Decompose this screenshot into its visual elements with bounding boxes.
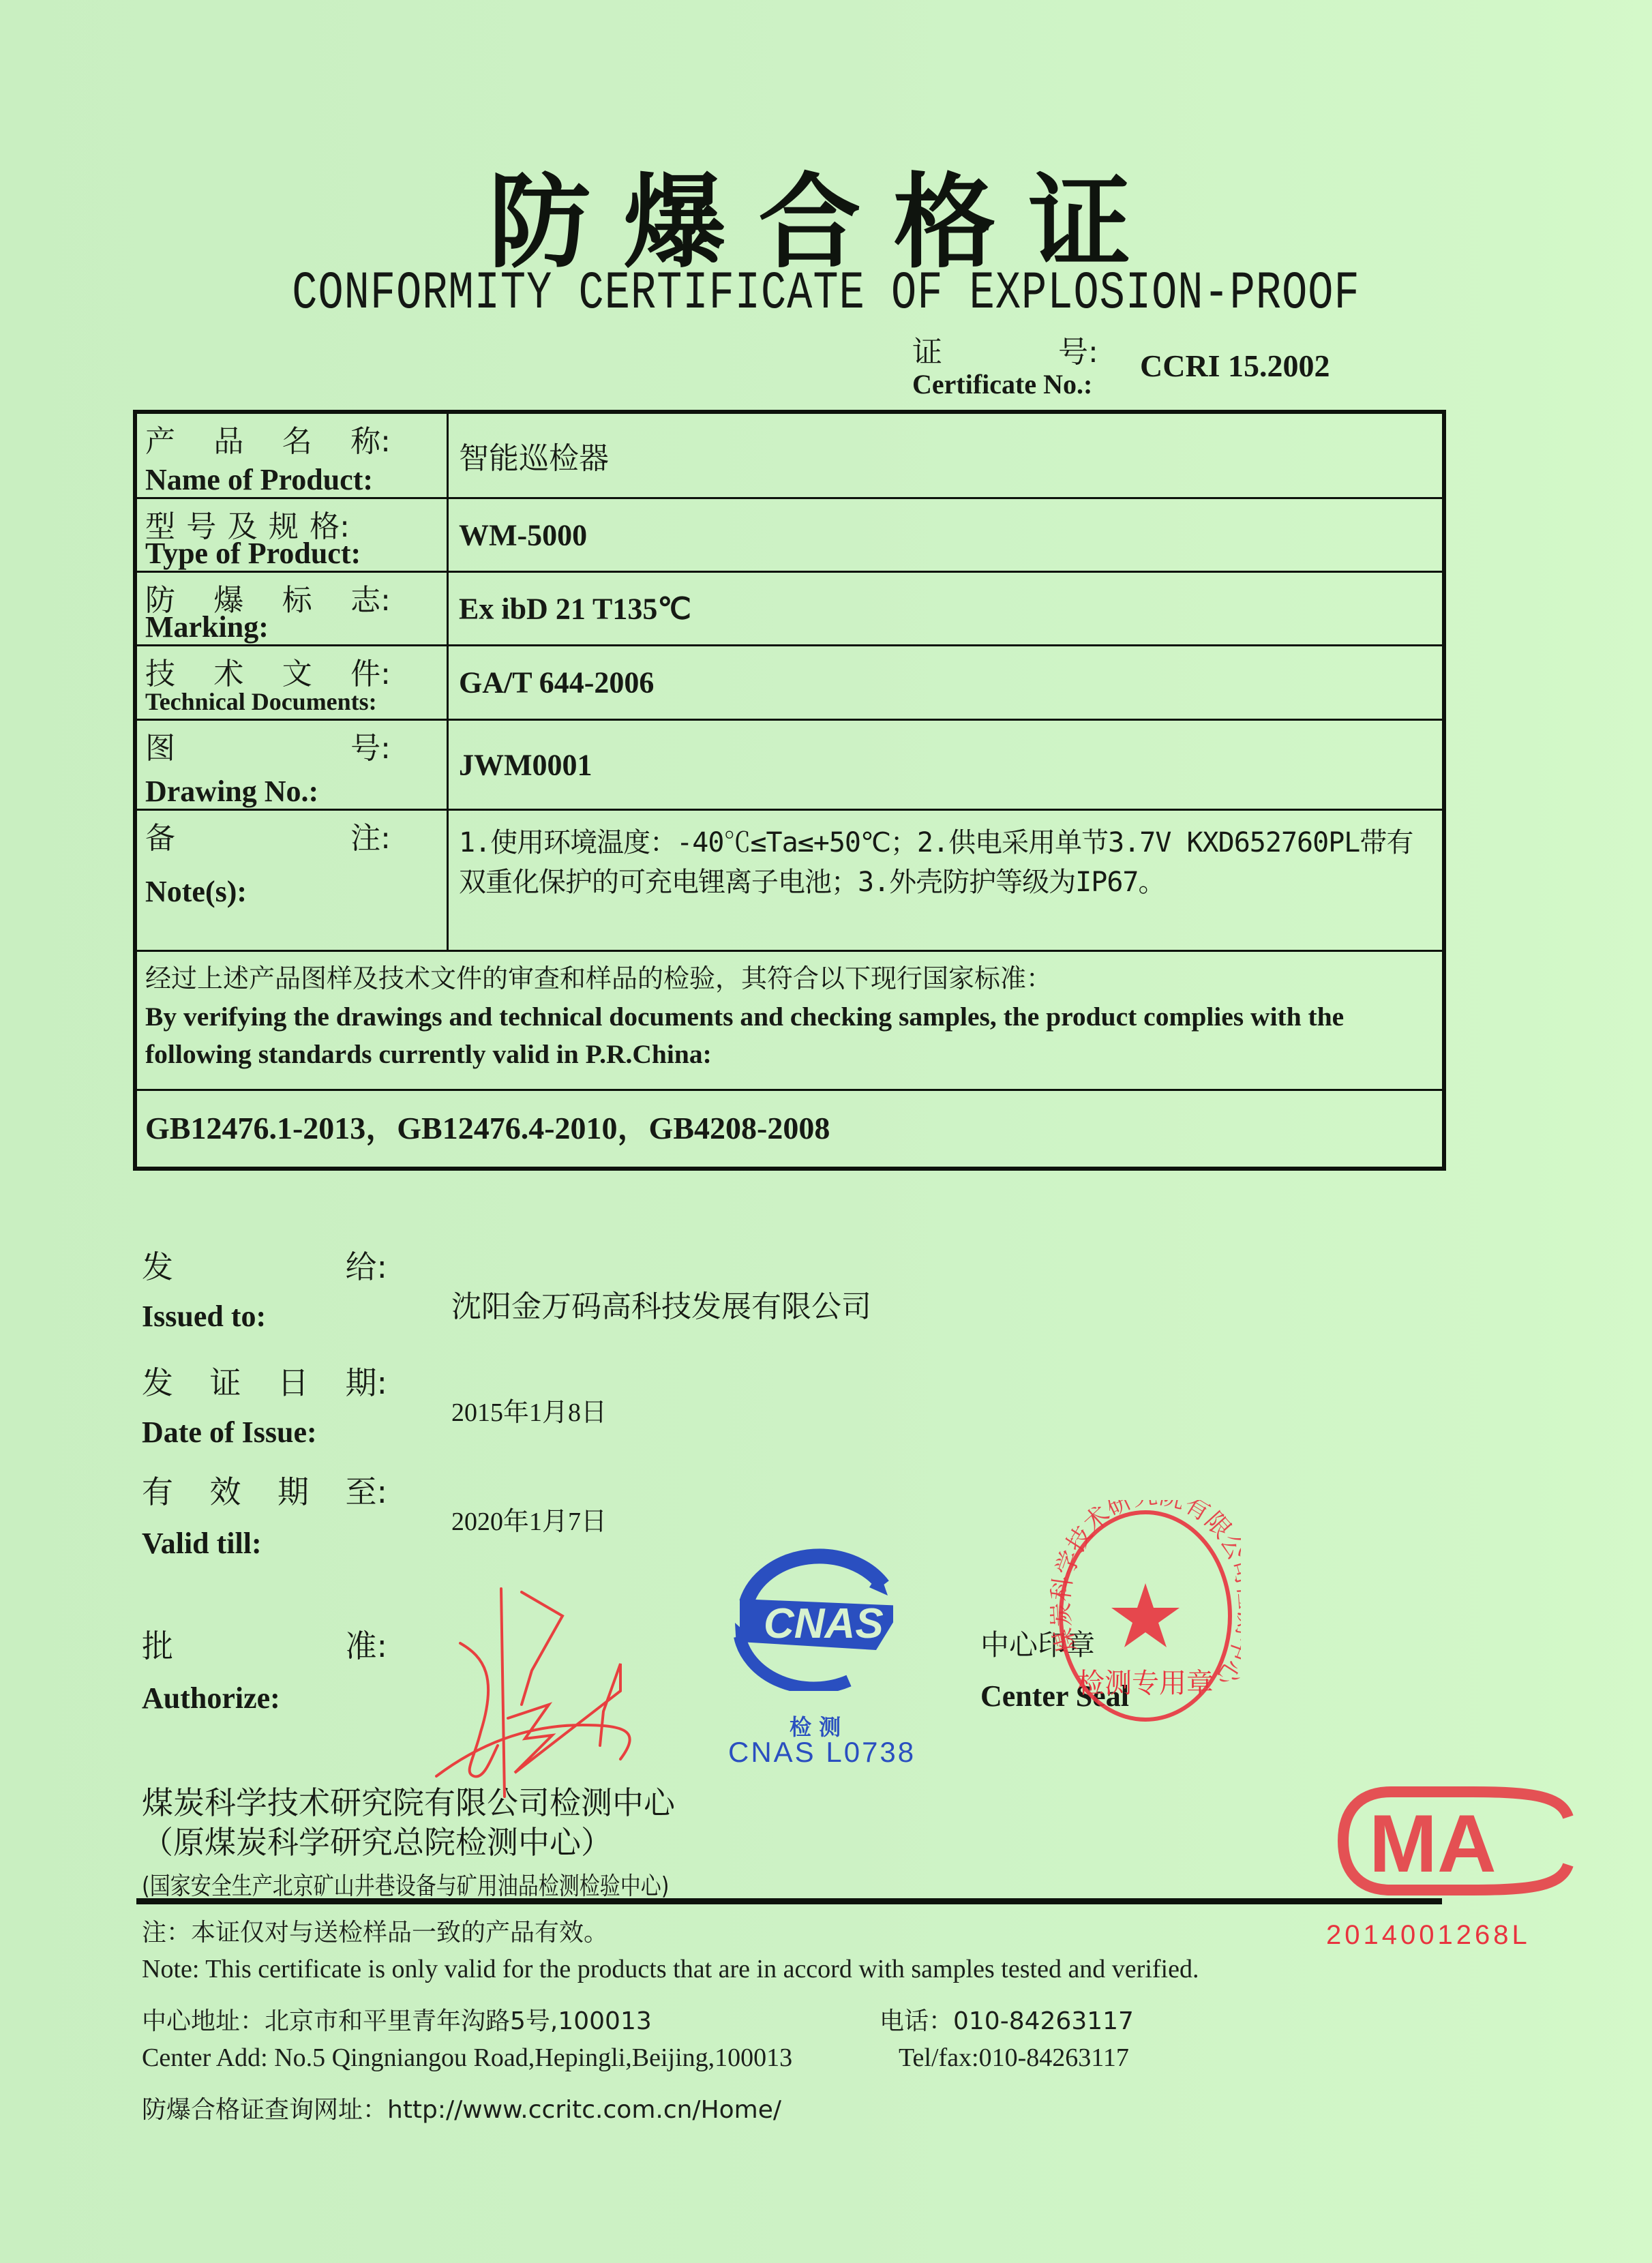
label-cn: 备注:: [145, 813, 391, 857]
label-en: Drawing No.:: [145, 774, 318, 809]
organization-name: 煤炭科学技术研究院有限公司检测中心: [142, 1778, 675, 1823]
row-statement: 经过上述产品图样及技术文件的审查和样品的检验，其符合以下现行国家标准： By v…: [137, 952, 1442, 1091]
tel-en: Tel/fax:010-84263117: [899, 2043, 1129, 2073]
issued-to-label-en: Issued to:: [142, 1299, 266, 1334]
drawing-no-value: JWM0001: [459, 747, 592, 782]
label-cn: 产品名称:: [145, 417, 391, 460]
title-english: CONFORMITY CERTIFICATE OF EXPLOSION-PROO…: [0, 263, 1652, 324]
row-technical-documents: 技术文件: Technical Documents: GA/T 644-2006: [137, 646, 1442, 721]
cma-code: 2014001268L: [1326, 1920, 1531, 1951]
address-en: Center Add: No.5 Qingniangou Road,Heping…: [142, 2043, 792, 2073]
label-en: Type of Product:: [145, 536, 361, 571]
organization-former: （原煤炭科学研究总院检测中心）: [142, 1818, 612, 1863]
footer-separator: [136, 1898, 1442, 1904]
notes-value: 1.使用环境温度：-40℃≤Ta≤+50℃；2.供电采用单节3.7V KXD65…: [459, 823, 1437, 902]
row-marking: 防爆标志: Marking: Ex ibD 21 T135℃: [137, 573, 1442, 646]
cnas-logo-icon: CNAS: [709, 1534, 893, 1691]
valid-label-en: Valid till:: [142, 1526, 262, 1561]
row-notes: 备注: Note(s): 1.使用环境温度：-40℃≤Ta≤+50℃；2.供电采…: [137, 811, 1442, 952]
signature-icon: [395, 1568, 682, 1800]
row-drawing-no: 图号: Drawing No.: JWM0001: [137, 721, 1442, 811]
note-en: Note: This certificate is only valid for…: [142, 1954, 1199, 1984]
standards-value: GB12476.1-2013，GB12476.4-2010，GB4208-200…: [145, 1103, 830, 1148]
svg-text:CNAS: CNAS: [764, 1600, 884, 1647]
cma-mark-icon: MA: [1336, 1786, 1575, 1895]
svg-text:MA: MA: [1369, 1798, 1497, 1889]
row-product-name: 产品名称: Name of Product: 智能巡检器: [137, 414, 1442, 499]
product-table: 产品名称: Name of Product: 智能巡检器 型号及规格: Type…: [133, 410, 1446, 1171]
address-cn: 中心地址：北京市和平里青年沟路5号,100013: [142, 2002, 652, 2037]
statement-cn: 经过上述产品图样及技术文件的审查和样品的检验，其符合以下现行国家标准：: [145, 957, 1052, 995]
label-cn: 图号:: [145, 723, 391, 767]
svg-text:检测专用章: 检测专用章: [1077, 1668, 1214, 1699]
valid-till-value: 2020年1月7日: [451, 1500, 607, 1538]
certificate-number: CCRI 15.2002: [1140, 348, 1330, 384]
phone-cn: 电话：010-84263117: [880, 2002, 1134, 2037]
certificate-no-label-cn: 证号:: [912, 327, 1098, 371]
label-en: Name of Product:: [145, 462, 373, 497]
date-label-cn: 发证日期:: [142, 1358, 387, 1403]
authorize-label-cn: 批准:: [142, 1621, 387, 1666]
statement-en: By verifying the drawings and technical …: [145, 998, 1438, 1073]
row-product-type: 型号及规格: Type of Product: WM-5000: [137, 499, 1442, 573]
label-en: Note(s):: [145, 874, 247, 909]
label-en: Marking:: [145, 610, 269, 644]
round-seal-icon: 煤炭科学技术研究院有限公司检测中心 检测专用章: [1050, 1500, 1241, 1725]
marking-value: Ex ibD 21 T135℃: [459, 591, 691, 626]
date-of-issue-value: 2015年1月8日: [451, 1391, 607, 1428]
certificate-no-label-en: Certificate No.:: [912, 368, 1092, 400]
row-standards: GB12476.1-2013，GB12476.4-2010，GB4208-200…: [137, 1091, 1442, 1167]
product-name-value: 智能巡检器: [459, 434, 609, 477]
issued-to-value: 沈阳金万码高科技发展有限公司: [451, 1282, 871, 1325]
authorize-label-en: Authorize:: [142, 1681, 280, 1715]
issued-to-label-cn: 发给:: [142, 1242, 387, 1287]
label-cn: 技术文件:: [145, 649, 391, 693]
valid-label-cn: 有效期至:: [142, 1467, 387, 1512]
label-en: Technical Documents:: [145, 687, 377, 716]
product-type-value: WM-5000: [459, 518, 587, 552]
technical-documents-value: GA/T 644-2006: [459, 665, 654, 700]
organization-alias: (国家安全生产北京矿山井巷设备与矿用油品检测检验中心): [142, 1865, 669, 1902]
note-cn: 注：本证仅对与送检样品一致的产品有效。: [142, 1913, 608, 1948]
query-url[interactable]: 防爆合格证查询网址：http://www.ccritc.com.cn/Home/: [142, 2090, 781, 2125]
cnas-code: CNAS L0738: [728, 1736, 916, 1769]
date-label-en: Date of Issue:: [142, 1415, 317, 1450]
